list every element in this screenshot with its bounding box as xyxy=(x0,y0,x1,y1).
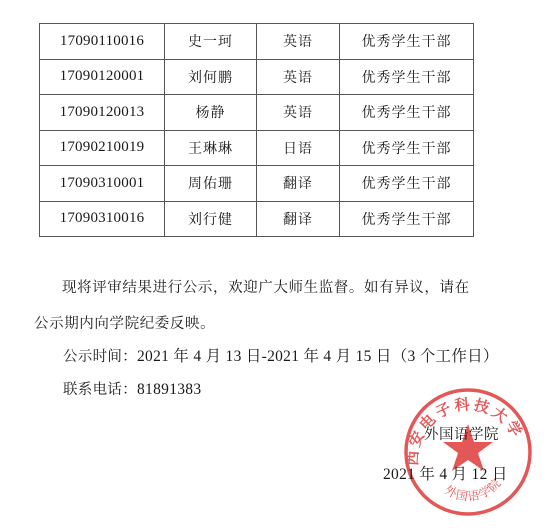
student-id-cell: 17090120013 xyxy=(40,95,165,131)
issue-date: 2021 年 4 月 12 日 xyxy=(383,462,508,484)
award-cell: 优秀学生干部 xyxy=(340,24,474,60)
table-row: 17090310001 周佑珊 翻译 优秀学生干部 xyxy=(40,166,474,202)
table-row: 17090210019 王琳琳 日语 优秀学生干部 xyxy=(40,130,474,166)
table-row: 17090120001 刘何鹏 英语 优秀学生干部 xyxy=(40,59,474,95)
student-id-cell: 17090310016 xyxy=(40,201,165,237)
publicity-period-label: 公示时间： xyxy=(63,349,137,365)
student-id-cell: 17090110016 xyxy=(40,24,165,60)
student-name-cell: 王琳琳 xyxy=(165,130,257,166)
student-name-cell: 刘行健 xyxy=(165,201,257,237)
award-cell: 优秀学生干部 xyxy=(340,59,474,95)
publicity-period-value: 2021 年 4 月 13 日-2021 年 4 月 15 日（3 个工作日） xyxy=(137,348,499,365)
notice-paragraph: 现将评审结果进行公示，欢迎广大师生监督。如有异议，请在公示期内向学院纪委反映。 xyxy=(34,270,484,342)
contact-phone: 联系电话：81891383 xyxy=(63,378,201,399)
major-cell: 英语 xyxy=(257,24,340,60)
student-name-cell: 史一珂 xyxy=(165,24,257,60)
award-cell: 优秀学生干部 xyxy=(340,166,474,202)
student-name-cell: 刘何鹏 xyxy=(165,59,257,95)
student-id-cell: 17090310001 xyxy=(40,166,165,202)
contact-phone-value: 81891383 xyxy=(137,381,201,398)
major-cell: 日语 xyxy=(257,130,340,166)
major-cell: 翻译 xyxy=(257,201,340,237)
award-list-table: 17090110016 史一珂 英语 优秀学生干部 17090120001 刘何… xyxy=(39,23,474,237)
student-name-cell: 周佑珊 xyxy=(165,166,257,202)
table-row: 17090110016 史一珂 英语 优秀学生干部 xyxy=(40,24,474,60)
issuing-organization: 外国语学院 xyxy=(424,423,499,444)
table-row: 17090120013 杨静 英语 优秀学生干部 xyxy=(40,95,474,131)
award-cell: 优秀学生干部 xyxy=(340,95,474,131)
student-id-cell: 17090120001 xyxy=(40,59,165,95)
publicity-period: 公示时间：2021 年 4 月 13 日-2021 年 4 月 15 日（3 个… xyxy=(63,344,499,366)
contact-phone-label: 联系电话： xyxy=(63,382,137,398)
award-cell: 优秀学生干部 xyxy=(340,130,474,166)
student-id-cell: 17090210019 xyxy=(40,130,165,166)
major-cell: 英语 xyxy=(257,59,340,95)
student-name-cell: 杨静 xyxy=(165,95,257,131)
issue-date-text: 2021 年 4 月 12 日 xyxy=(383,466,508,483)
official-seal-icon: 西安电子科技大学 外国语学院 xyxy=(396,382,538,518)
major-cell: 翻译 xyxy=(257,166,340,202)
major-cell: 英语 xyxy=(257,95,340,131)
award-cell: 优秀学生干部 xyxy=(340,201,474,237)
table-row: 17090310016 刘行健 翻译 优秀学生干部 xyxy=(40,201,474,237)
